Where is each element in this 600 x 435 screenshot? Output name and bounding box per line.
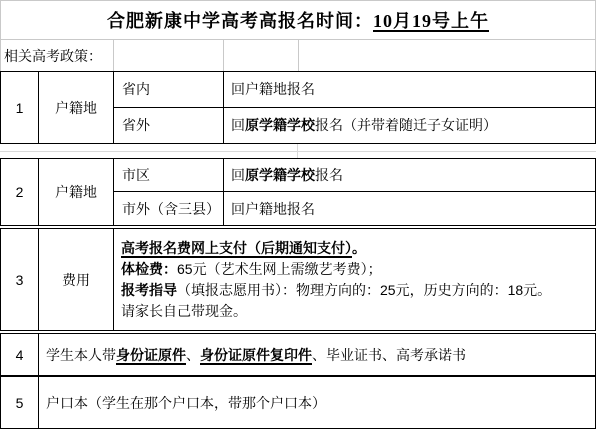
row-content-household-register: 户口本（学生在那个户口本，带那个户口本）	[39, 377, 595, 428]
policy-empty-cell-1	[114, 40, 224, 71]
row-content-documents: 学生本人带身份证原件、身份证原件复印件、毕业证书、高考承诺书	[39, 334, 595, 375]
sub-content-outside-city: 回户籍地报名	[224, 192, 595, 225]
row-number: 4	[1, 334, 39, 375]
table-row-2-residence: 2 户籍地 市区 回原学籍学校报名 市外（含三县） 回户籍地报名	[0, 158, 596, 226]
sub-content-inside-province: 回户籍地报名	[224, 72, 595, 108]
fee-line-guide-books: 报考指导（填报志愿用书）：物理方向的：25元，历史方向的：18元。	[121, 280, 595, 301]
sub-label-outside-city: 市外（含三县）	[114, 192, 224, 225]
row-category: 户籍地	[39, 72, 114, 143]
policy-empty-cell-3	[299, 40, 595, 71]
fee-line-physical-exam: 体检费：65元（艺术生网上需缴艺考费）；	[121, 259, 595, 280]
table-row-3-fees: 3 费用 高考报名费网上支付（后期通知支付）。 体检费：65元（艺术生网上需缴艺…	[0, 228, 596, 331]
table-row-4-documents: 4 学生本人带身份证原件、身份证原件复印件、毕业证书、高考承诺书	[0, 333, 596, 376]
title-text: 合肥新康中学高考高报名时间：	[107, 7, 373, 33]
sub-label-outside-province: 省外	[114, 108, 224, 144]
sub-content-urban: 回原学籍学校报名	[224, 159, 595, 192]
row-number: 1	[1, 72, 39, 143]
fee-line-online-payment: 高考报名费网上支付（后期通知支付）。	[121, 238, 595, 259]
policy-header-row: 相关高考政策：	[0, 40, 596, 71]
policy-label: 相关高考政策：	[1, 40, 114, 71]
table-row-1-residence: 1 户籍地 省内 回户籍地报名 省外 回原学籍学校报名（并带着随迁子女证明）	[0, 71, 596, 144]
sub-label-urban: 市区	[114, 159, 224, 192]
row-category: 户籍地	[39, 159, 114, 225]
fee-details: 高考报名费网上支付（后期通知支付）。 体检费：65元（艺术生网上需缴艺考费）； …	[114, 229, 595, 330]
title-date-underlined: 10月19号上午	[373, 7, 489, 33]
document-page: 合肥新康中学高考高报名时间：10月19号上午 相关高考政策： 1 户籍地 省内 …	[0, 0, 596, 429]
gap-gridline	[0, 151, 596, 152]
table-row-5-household-register: 5 户口本（学生在那个户口本，带那个户口本）	[0, 376, 596, 429]
row-category: 费用	[39, 229, 114, 330]
table-gap	[0, 144, 596, 158]
sub-content-outside-province: 回原学籍学校报名（并带着随迁子女证明）	[224, 108, 595, 144]
fee-line-cash-note: 请家长自己带现金。	[121, 301, 595, 322]
row-number: 2	[1, 159, 39, 225]
row-number: 5	[1, 377, 39, 428]
document-title: 合肥新康中学高考高报名时间：10月19号上午	[0, 0, 596, 40]
policy-empty-cell-2	[224, 40, 299, 71]
gap-gridline-tick	[297, 144, 298, 158]
row-number: 3	[1, 229, 39, 330]
sub-label-inside-province: 省内	[114, 72, 224, 108]
